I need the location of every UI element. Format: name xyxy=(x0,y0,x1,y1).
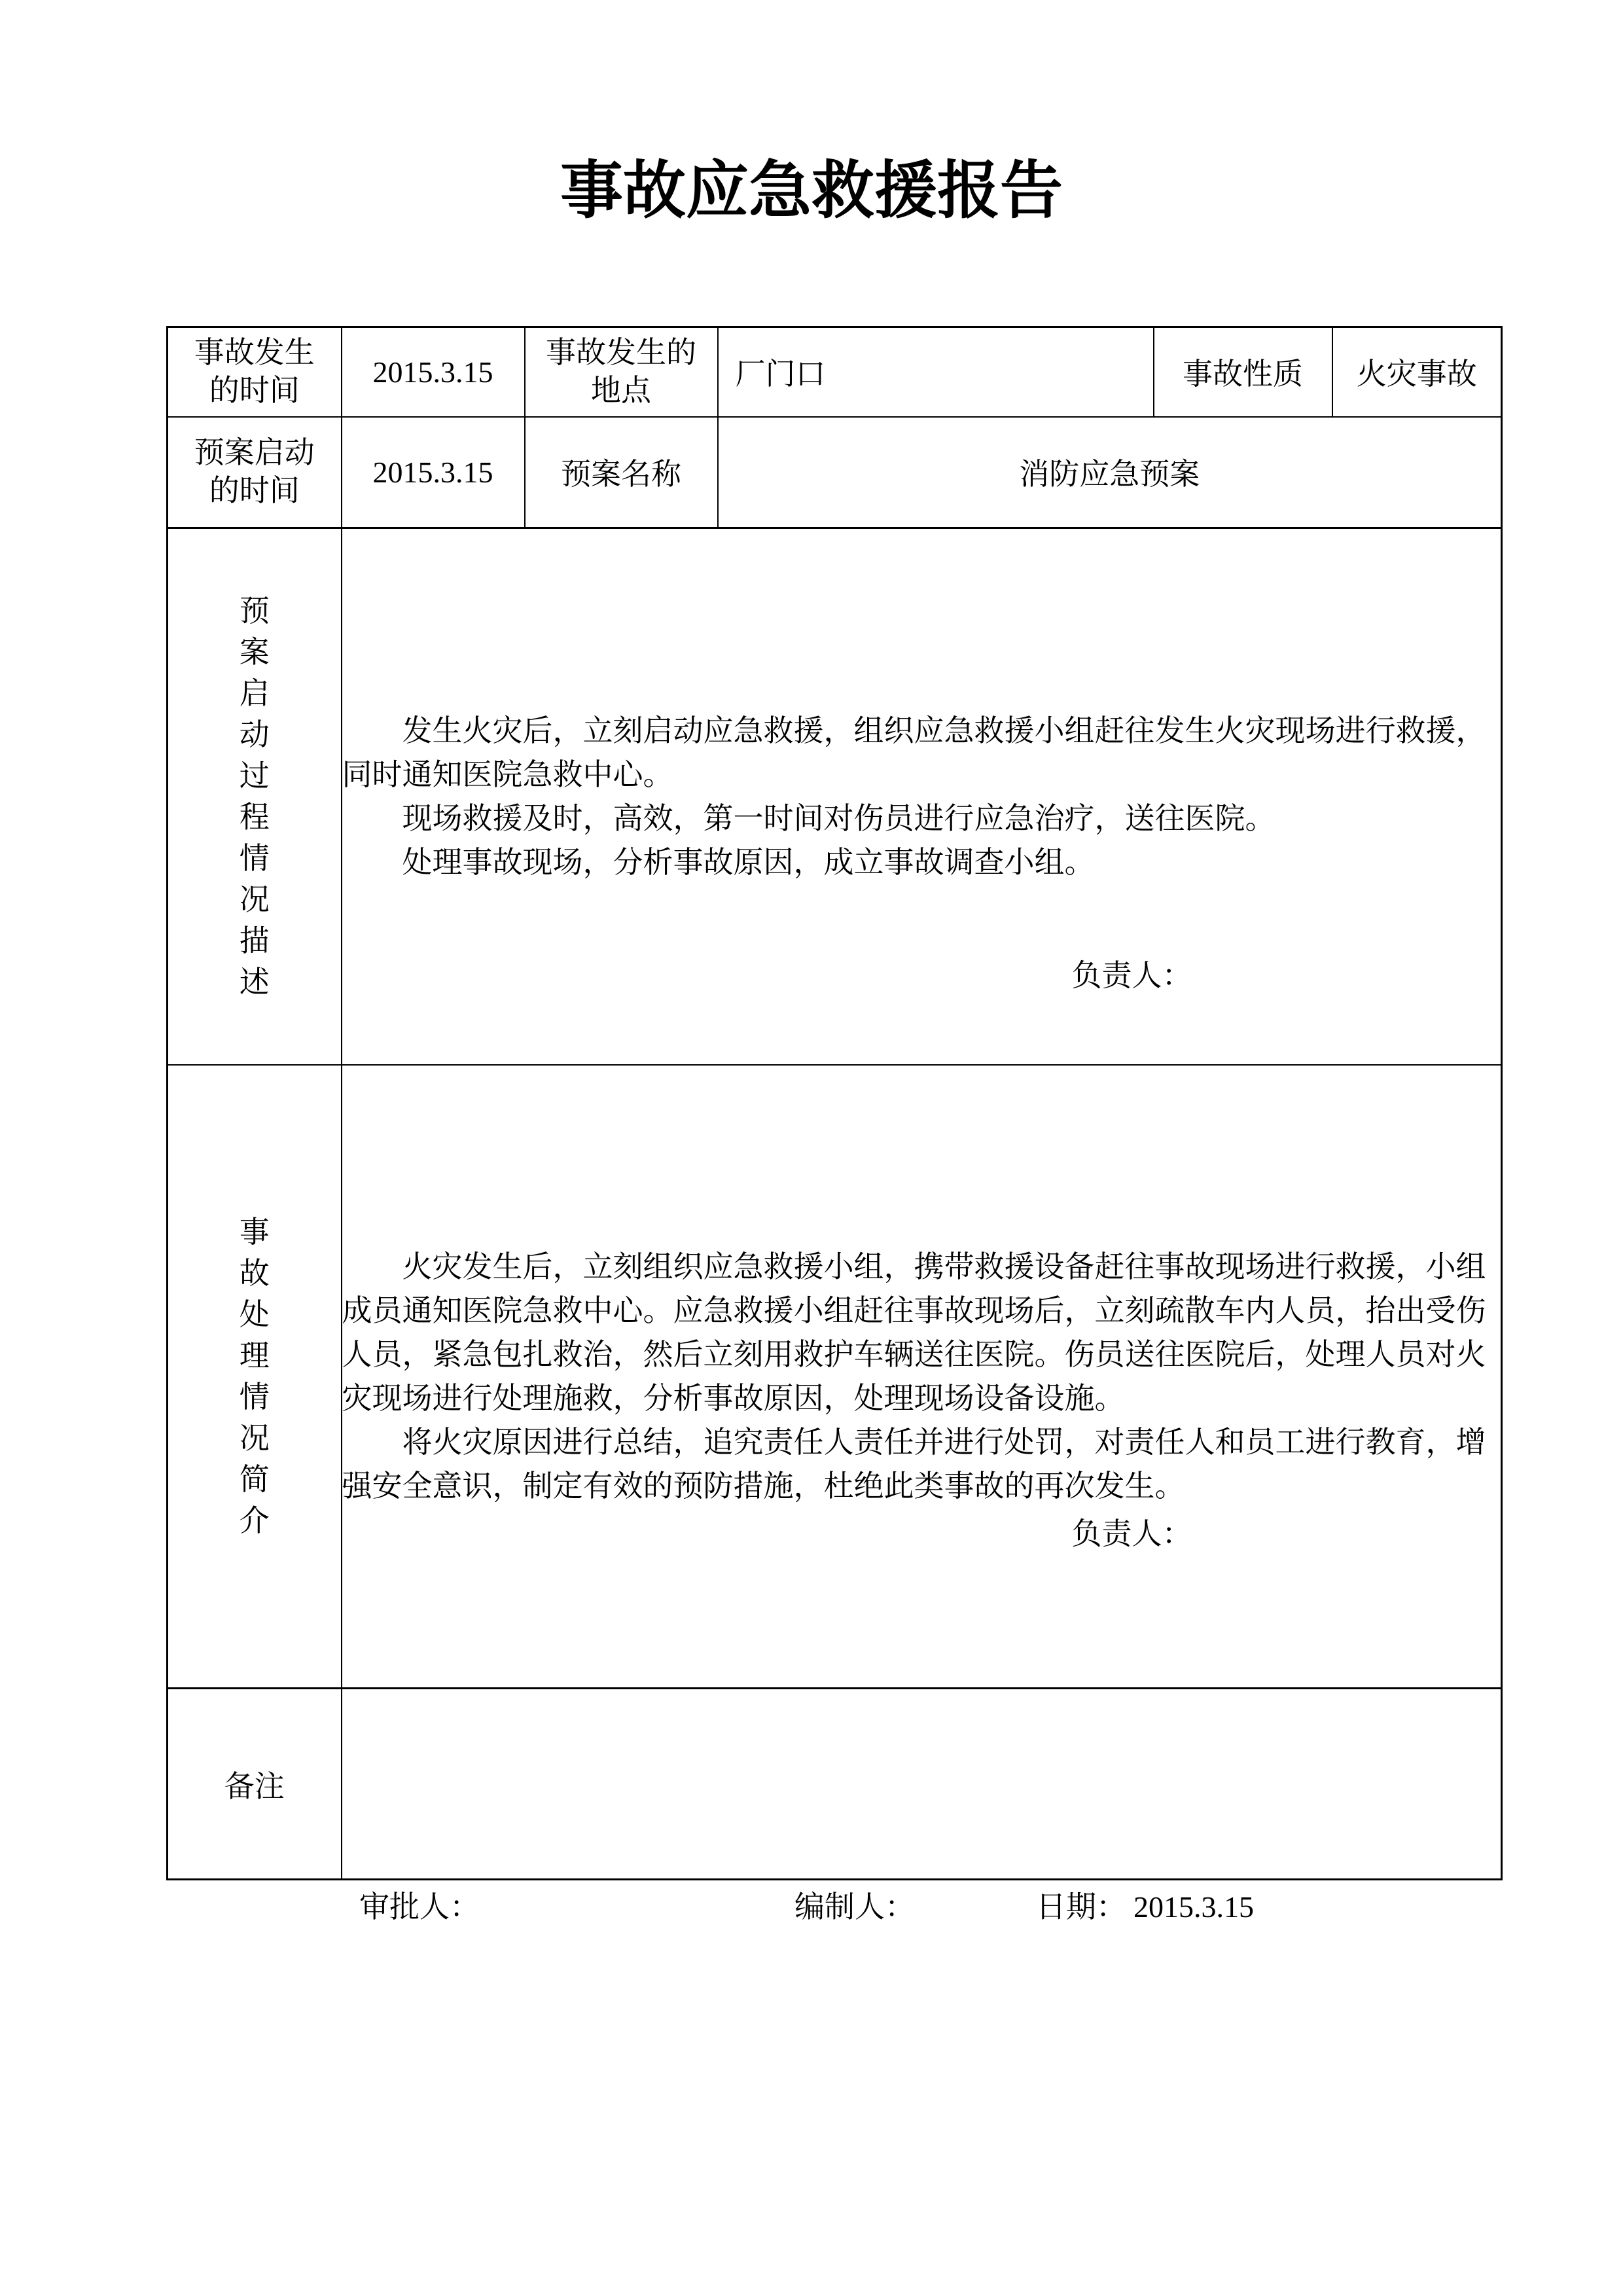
handling-summary-signer-label: 负责人： xyxy=(1072,1516,1192,1552)
plan-start-time-value: 2015.3.15 xyxy=(342,417,525,528)
plan-process-paragraph: 现场救援及时，高效，第一时间对伤员进行应急治疗，送往医院。 xyxy=(342,797,1501,840)
date-label: 日期： xyxy=(1036,1888,1126,1927)
accident-place-label: 事故发生的 地点 xyxy=(525,327,718,417)
plan-process-signer-label: 负责人： xyxy=(1072,958,1192,994)
handling-summary-paragraph: 将火灾原因进行总结，追究责任人责任并进行处罚，对责任人和员工进行教育，增强安全意… xyxy=(342,1420,1501,1508)
row-remarks: 备注 xyxy=(168,1689,1502,1880)
plan-name-label: 预案名称 xyxy=(525,417,718,528)
signature-footer: 审批人： 编制人： 日期： 2015.3.15 xyxy=(166,1888,1501,1933)
row-plan-process: 预案启动过程情况描述 发生火灾后，立刻启动应急救援，组织应急救援小组赶往发生火灾… xyxy=(168,528,1502,1065)
handling-summary-label: 事故处理情况简介 xyxy=(238,1211,271,1541)
accident-time-value: 2015.3.15 xyxy=(342,327,525,417)
plan-process-label: 预案启动过程情况描述 xyxy=(238,590,271,1003)
document-page: 事故应急救援报告 事故发生 的时间 2015.3.15 事故发生的 地点 厂门口… xyxy=(0,0,1623,2296)
accident-nature-value: 火灾事故 xyxy=(1332,327,1502,417)
handling-summary-content-cell: 火灾发生后，立刻组织应急救援小组，携带救援设备赶往事故现场进行救援，小组成员通知… xyxy=(342,1065,1502,1689)
page-title: 事故应急救援报告 xyxy=(0,154,1623,228)
plan-process-content-cell: 发生火灾后，立刻启动应急救援，组织应急救援小组赶往发生火灾现场进行救援，同时通知… xyxy=(342,528,1502,1065)
accident-nature-label: 事故性质 xyxy=(1154,327,1332,417)
report-table: 事故发生 的时间 2015.3.15 事故发生的 地点 厂门口 事故性质 火灾事… xyxy=(166,326,1503,1880)
date-value: 2015.3.15 xyxy=(1133,1888,1254,1927)
handling-summary-label-cell: 事故处理情况简介 xyxy=(168,1065,342,1689)
plan-process-label-cell: 预案启动过程情况描述 xyxy=(168,528,342,1065)
plan-name-value: 消防应急预案 xyxy=(718,417,1502,528)
accident-time-label: 事故发生 的时间 xyxy=(168,327,342,417)
row-handling-summary: 事故处理情况简介 火灾发生后，立刻组织应急救援小组，携带救援设备赶往事故现场进行… xyxy=(168,1065,1502,1689)
row-plan-info: 预案启动 的时间 2015.3.15 预案名称 消防应急预案 xyxy=(168,417,1502,528)
remarks-content-cell xyxy=(342,1689,1502,1880)
remarks-label: 备注 xyxy=(168,1689,342,1880)
plan-process-paragraph: 发生火灾后，立刻启动应急救援，组织应急救援小组赶往发生火灾现场进行救援，同时通知… xyxy=(342,709,1501,797)
compiler-label: 编制人： xyxy=(794,1888,915,1927)
handling-summary-paragraph: 火灾发生后，立刻组织应急救援小组，携带救援设备赶往事故现场进行救援，小组成员通知… xyxy=(342,1245,1501,1420)
approver-label: 审批人： xyxy=(359,1888,480,1927)
plan-start-time-label: 预案启动 的时间 xyxy=(168,417,342,528)
row-accident-info: 事故发生 的时间 2015.3.15 事故发生的 地点 厂门口 事故性质 火灾事… xyxy=(168,327,1502,417)
plan-process-paragraph: 处理事故现场，分析事故原因，成立事故调查小组。 xyxy=(342,840,1501,884)
accident-place-value: 厂门口 xyxy=(718,327,1154,417)
